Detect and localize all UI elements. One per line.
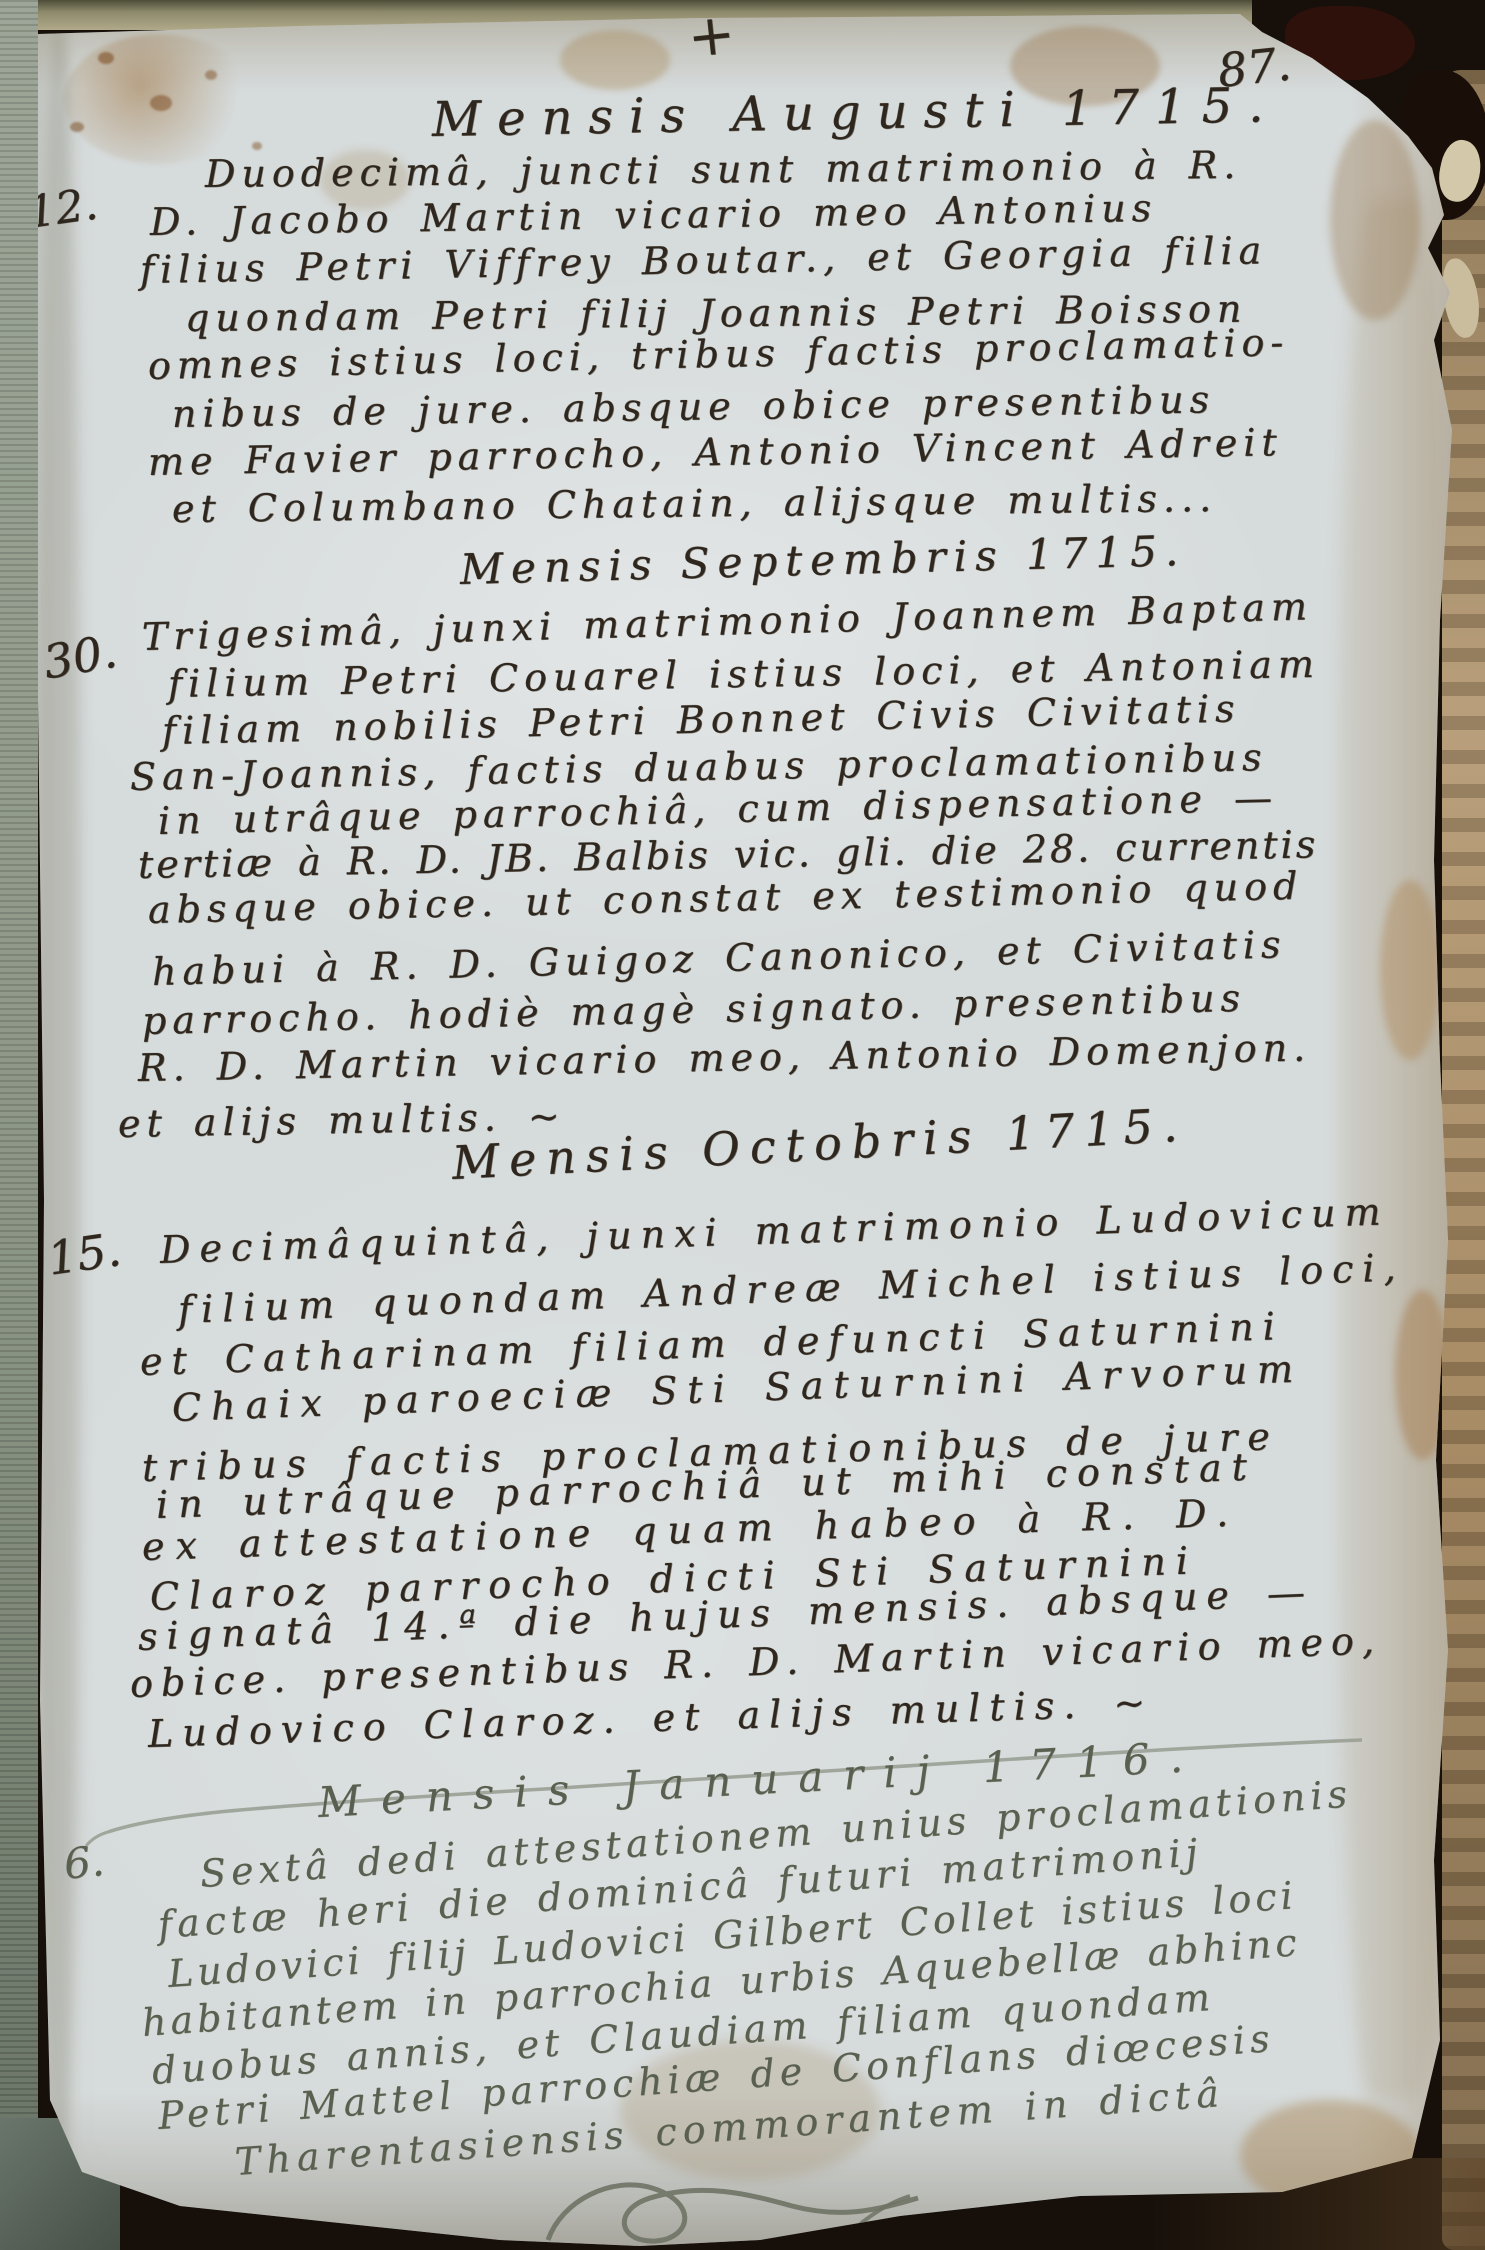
aging-band-right <box>1340 200 1450 2100</box>
manuscript-photo: + 87. Mensis Augusti 1715. 12. Duodecimâ… <box>0 0 1485 2250</box>
foxing-spot <box>70 122 84 132</box>
section-heading-august: Mensis Augusti 1715. <box>432 77 1280 148</box>
underlying-page-edge <box>1442 70 1485 2250</box>
foxing-spot <box>252 142 262 150</box>
foxing-spot <box>98 52 114 64</box>
bottom-ink-mark <box>858 2240 876 2248</box>
foxing-stain <box>560 30 670 90</box>
section-heading-september: Mensis Septembris 1715. <box>459 526 1186 594</box>
pencil-flourish <box>548 2185 918 2241</box>
foxing-stain <box>1380 880 1440 1060</box>
book-left-edge <box>0 0 38 2250</box>
entry-day-number: 6. <box>61 1836 106 1889</box>
foxing-spot <box>150 95 172 111</box>
entry-day-number: 30. <box>39 624 120 690</box>
manuscript-line: et Columbano Chatain, alijsque multis... <box>172 476 1218 531</box>
pencil-flourish-tail <box>836 2196 910 2248</box>
foxing-spot <box>205 70 217 80</box>
entry-day-number: 15. <box>44 1222 124 1286</box>
register-page: + 87. Mensis Augusti 1715. 12. Duodecimâ… <box>0 0 1485 2250</box>
